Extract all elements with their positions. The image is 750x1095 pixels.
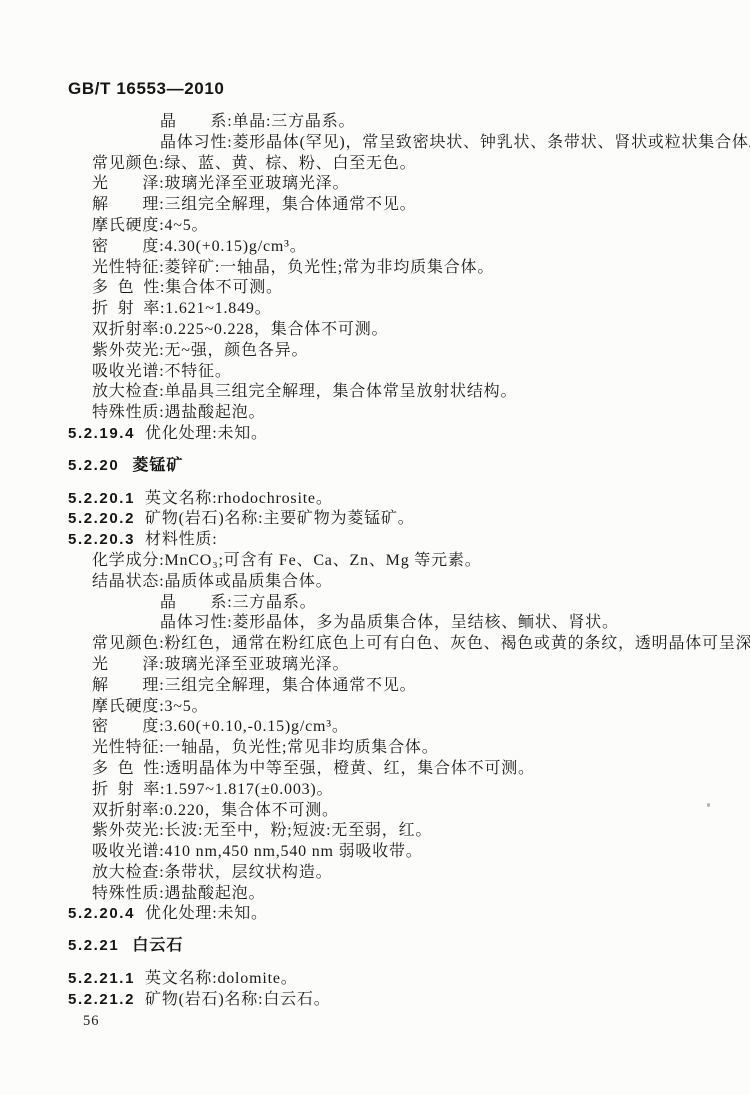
property-label: 摩氏硬度: (92, 217, 164, 234)
clause-line: 5.2.21.1英文名称:dolomite。 (68, 969, 728, 990)
clause-line: 5.2.21.2矿物(岩石)名称:白云石。 (68, 990, 728, 1011)
clause-line: 5.2.20.4优化处理:未知。 (68, 904, 728, 925)
property-value: MnCO₃;可含有 Fe、Ca、Zn、Mg 等元素。 (164, 552, 481, 569)
property-line: 吸收光谱:410 nm,450 nm,540 nm 弱吸收带。 (68, 842, 728, 863)
property-label: 晶体习性: (160, 134, 232, 151)
heading-title: 白云石 (132, 937, 183, 954)
property-line: 解 理:三组完全解理，集合体通常不见。 (68, 676, 728, 697)
property-line: 光性特征:一轴晶，负光性;常见非均质集合体。 (68, 738, 728, 759)
sub-property-line: 晶体习性:菱形晶体(罕见)，常呈致密块状、钟乳状、条带状、肾状或粒状集合体。 (68, 133, 728, 154)
clause-number: 5.2.20.2 (68, 510, 135, 527)
clause-number: 5.2.20.4 (68, 905, 135, 922)
property-line: 多 色 性:透明晶体为中等至强，橙黄、红，集合体不可测。 (68, 759, 728, 780)
property-label: 晶体习性: (160, 614, 232, 631)
property-value: 晶质体或晶质集合体。 (164, 573, 332, 590)
sub-property-line: 晶体习性:菱形晶体，多为晶质集合体，呈结核、鲕状、肾状。 (68, 613, 728, 634)
page-number: 56 (83, 1013, 100, 1030)
clause-line: 5.2.20.1英文名称:rhodochrosite。 (68, 489, 728, 510)
property-value: 菱锌矿:一轴晶，负光性;常为非均质集合体。 (164, 259, 494, 276)
property-label: 密 度: (92, 238, 164, 255)
property-value: 3~5。 (164, 698, 208, 715)
property-value: 410 nm,450 nm,540 nm 弱吸收带。 (164, 843, 422, 860)
property-label: 多 色 性: (92, 760, 165, 777)
property-value: 粉红色，通常在粉红底色上可有白色、灰色、褐色或黄的条纹，透明晶体可呈深红色。 (164, 635, 750, 652)
section-heading: 5.2.20菱锰矿 (68, 456, 728, 477)
property-line: 光 泽:玻璃光泽至亚玻璃光泽。 (68, 655, 728, 676)
property-line: 放大检查:单晶具三组完全解理，集合体常呈放射状结构。 (68, 382, 728, 403)
property-label: 双折射率: (92, 321, 164, 338)
property-label: 吸收光谱: (92, 363, 164, 380)
property-label: 双折射率: (92, 802, 164, 819)
property-line: 常见颜色:粉红色，通常在粉红底色上可有白色、灰色、褐色或黄的条纹，透明晶体可呈深… (68, 634, 728, 655)
property-line: 结晶状态:晶质体或晶质集合体。 (68, 572, 728, 593)
property-value: 长波:无至中，粉;短波:无至弱，红。 (164, 822, 432, 839)
section-heading: 5.2.21白云石 (68, 936, 728, 957)
property-value: 三组完全解理，集合体通常不见。 (164, 196, 416, 213)
clause-text: 矿物(岩石)名称:主要矿物为菱锰矿。 (145, 510, 415, 527)
property-value: 无~强，颜色各异。 (164, 342, 308, 359)
property-label: 折 射 率: (92, 300, 165, 317)
property-label: 光性特征: (92, 739, 164, 756)
property-value: 一轴晶，负光性;常见非均质集合体。 (164, 739, 438, 756)
clause-text: 材料性质: (145, 531, 217, 548)
property-value: 3.60(+0.10,-0.15)g/cm³。 (164, 718, 348, 735)
property-line: 光性特征:菱锌矿:一轴晶，负光性;常为非均质集合体。 (68, 258, 728, 279)
property-value: 1.621~1.849。 (165, 300, 271, 317)
property-line: 特殊性质:遇盐酸起泡。 (68, 884, 728, 905)
clause-line: 5.2.20.3材料性质: (68, 530, 728, 551)
clause-text: 优化处理:未知。 (145, 425, 268, 442)
property-line: 化学成分:MnCO₃;可含有 Fe、Ca、Zn、Mg 等元素。 (68, 551, 728, 572)
property-label: 光 泽: (92, 175, 164, 192)
property-value: 三方晶系。 (232, 594, 316, 611)
property-label: 密 度: (92, 718, 164, 735)
property-value: 三组完全解理，集合体通常不见。 (164, 677, 416, 694)
property-label: 多 色 性: (92, 279, 165, 296)
property-line: 紫外荧光:无~强，颜色各异。 (68, 341, 728, 362)
property-label: 光 泽: (92, 656, 164, 673)
property-label: 光性特征: (92, 259, 164, 276)
property-value: 玻璃光泽至亚玻璃光泽。 (164, 656, 349, 673)
document-page: GB/T 16553—2010 晶 系:单晶:三方晶系。 晶体习性:菱形晶体(罕… (0, 0, 750, 1095)
property-label: 紫外荧光: (92, 822, 164, 839)
property-value: 集合体不可测。 (165, 279, 283, 296)
property-label: 吸收光谱: (92, 843, 164, 860)
clause-text: 矿物(岩石)名称:白云石。 (145, 991, 331, 1008)
property-label: 结晶状态: (92, 573, 164, 590)
clause-number: 5.2.20.1 (68, 490, 135, 507)
property-value: 菱形晶体(罕见)，常呈致密块状、钟乳状、条带状、肾状或粒状集合体。 (232, 134, 750, 151)
document-content: 晶 系:单晶:三方晶系。 晶体习性:菱形晶体(罕见)，常呈致密块状、钟乳状、条带… (68, 112, 728, 1011)
property-line: 吸收光谱:不特征。 (68, 362, 728, 383)
heading-number: 5.2.21 (68, 937, 119, 954)
clause-number: 5.2.21.1 (68, 970, 135, 987)
clause-text: 优化处理:未知。 (145, 905, 268, 922)
standard-number-header: GB/T 16553—2010 (68, 79, 224, 99)
property-value: 单晶具三组完全解理，集合体常呈放射状结构。 (164, 383, 517, 400)
sub-property-line: 晶 系:单晶:三方晶系。 (68, 112, 728, 133)
property-value: 透明晶体为中等至强，橙黄、红，集合体不可测。 (165, 760, 535, 777)
property-label: 特殊性质: (92, 885, 164, 902)
clause-line: 5.2.19.4优化处理:未知。 (68, 424, 728, 445)
property-label: 解 理: (92, 677, 164, 694)
property-value: 0.220，集合体不可测。 (164, 802, 338, 819)
property-line: 折 射 率:1.597~1.817(±0.003)。 (68, 780, 728, 801)
clause-number: 5.2.19.4 (68, 425, 135, 442)
property-value: 0.225~0.228，集合体不可测。 (164, 321, 388, 338)
property-label: 化学成分: (92, 552, 164, 569)
property-value: 4.30(+0.15)g/cm³。 (164, 238, 306, 255)
property-value: 玻璃光泽至亚玻璃光泽。 (164, 175, 349, 192)
property-value: 4~5。 (164, 217, 208, 234)
property-line: 多 色 性:集合体不可测。 (68, 278, 728, 299)
property-line: 紫外荧光:长波:无至中，粉;短波:无至弱，红。 (68, 821, 728, 842)
clause-text: 英文名称:rhodochrosite。 (145, 490, 333, 507)
property-line: 常见颜色:绿、蓝、黄、棕、粉、白至无色。 (68, 154, 728, 175)
property-line: 放大检查:条带状，层纹状构造。 (68, 863, 728, 884)
property-value: 绿、蓝、黄、棕、粉、白至无色。 (164, 155, 416, 172)
property-line: 摩氏硬度:3~5。 (68, 697, 728, 718)
property-value: 不特征。 (164, 363, 231, 380)
property-value: 条带状，层纹状构造。 (164, 864, 332, 881)
property-value: 遇盐酸起泡。 (164, 404, 265, 421)
clause-text: 英文名称:dolomite。 (145, 970, 298, 987)
property-label: 常见颜色: (92, 635, 164, 652)
property-line: 特殊性质:遇盐酸起泡。 (68, 403, 728, 424)
clause-number: 5.2.21.2 (68, 991, 135, 1008)
scan-speck (707, 803, 710, 807)
property-line: 双折射率:0.225~0.228，集合体不可测。 (68, 320, 728, 341)
property-line: 摩氏硬度:4~5。 (68, 216, 728, 237)
property-line: 密 度:3.60(+0.10,-0.15)g/cm³。 (68, 717, 728, 738)
property-label: 紫外荧光: (92, 342, 164, 359)
property-label: 晶 系: (160, 594, 232, 611)
clause-number: 5.2.20.3 (68, 531, 135, 548)
property-label: 解 理: (92, 196, 164, 213)
property-label: 放大检查: (92, 383, 164, 400)
property-value: 单晶:三方晶系。 (232, 113, 355, 130)
property-label: 特殊性质: (92, 404, 164, 421)
property-line: 双折射率:0.220，集合体不可测。 (68, 801, 728, 822)
property-value: 菱形晶体，多为晶质集合体，呈结核、鲕状、肾状。 (232, 614, 618, 631)
property-label: 晶 系: (160, 113, 232, 130)
property-label: 放大检查: (92, 864, 164, 881)
property-line: 解 理:三组完全解理，集合体通常不见。 (68, 195, 728, 216)
scan-speck (489, 625, 491, 628)
property-value: 遇盐酸起泡。 (164, 885, 265, 902)
property-line: 光 泽:玻璃光泽至亚玻璃光泽。 (68, 174, 728, 195)
property-value: 1.597~1.817(±0.003)。 (165, 781, 333, 798)
heading-title: 菱锰矿 (132, 457, 183, 474)
property-label: 折 射 率: (92, 781, 165, 798)
property-line: 折 射 率:1.621~1.849。 (68, 299, 728, 320)
sub-property-line: 晶 系:三方晶系。 (68, 593, 728, 614)
heading-number: 5.2.20 (68, 457, 119, 474)
property-label: 摩氏硬度: (92, 698, 164, 715)
property-line: 密 度:4.30(+0.15)g/cm³。 (68, 237, 728, 258)
clause-line: 5.2.20.2矿物(岩石)名称:主要矿物为菱锰矿。 (68, 509, 728, 530)
property-label: 常见颜色: (92, 155, 164, 172)
